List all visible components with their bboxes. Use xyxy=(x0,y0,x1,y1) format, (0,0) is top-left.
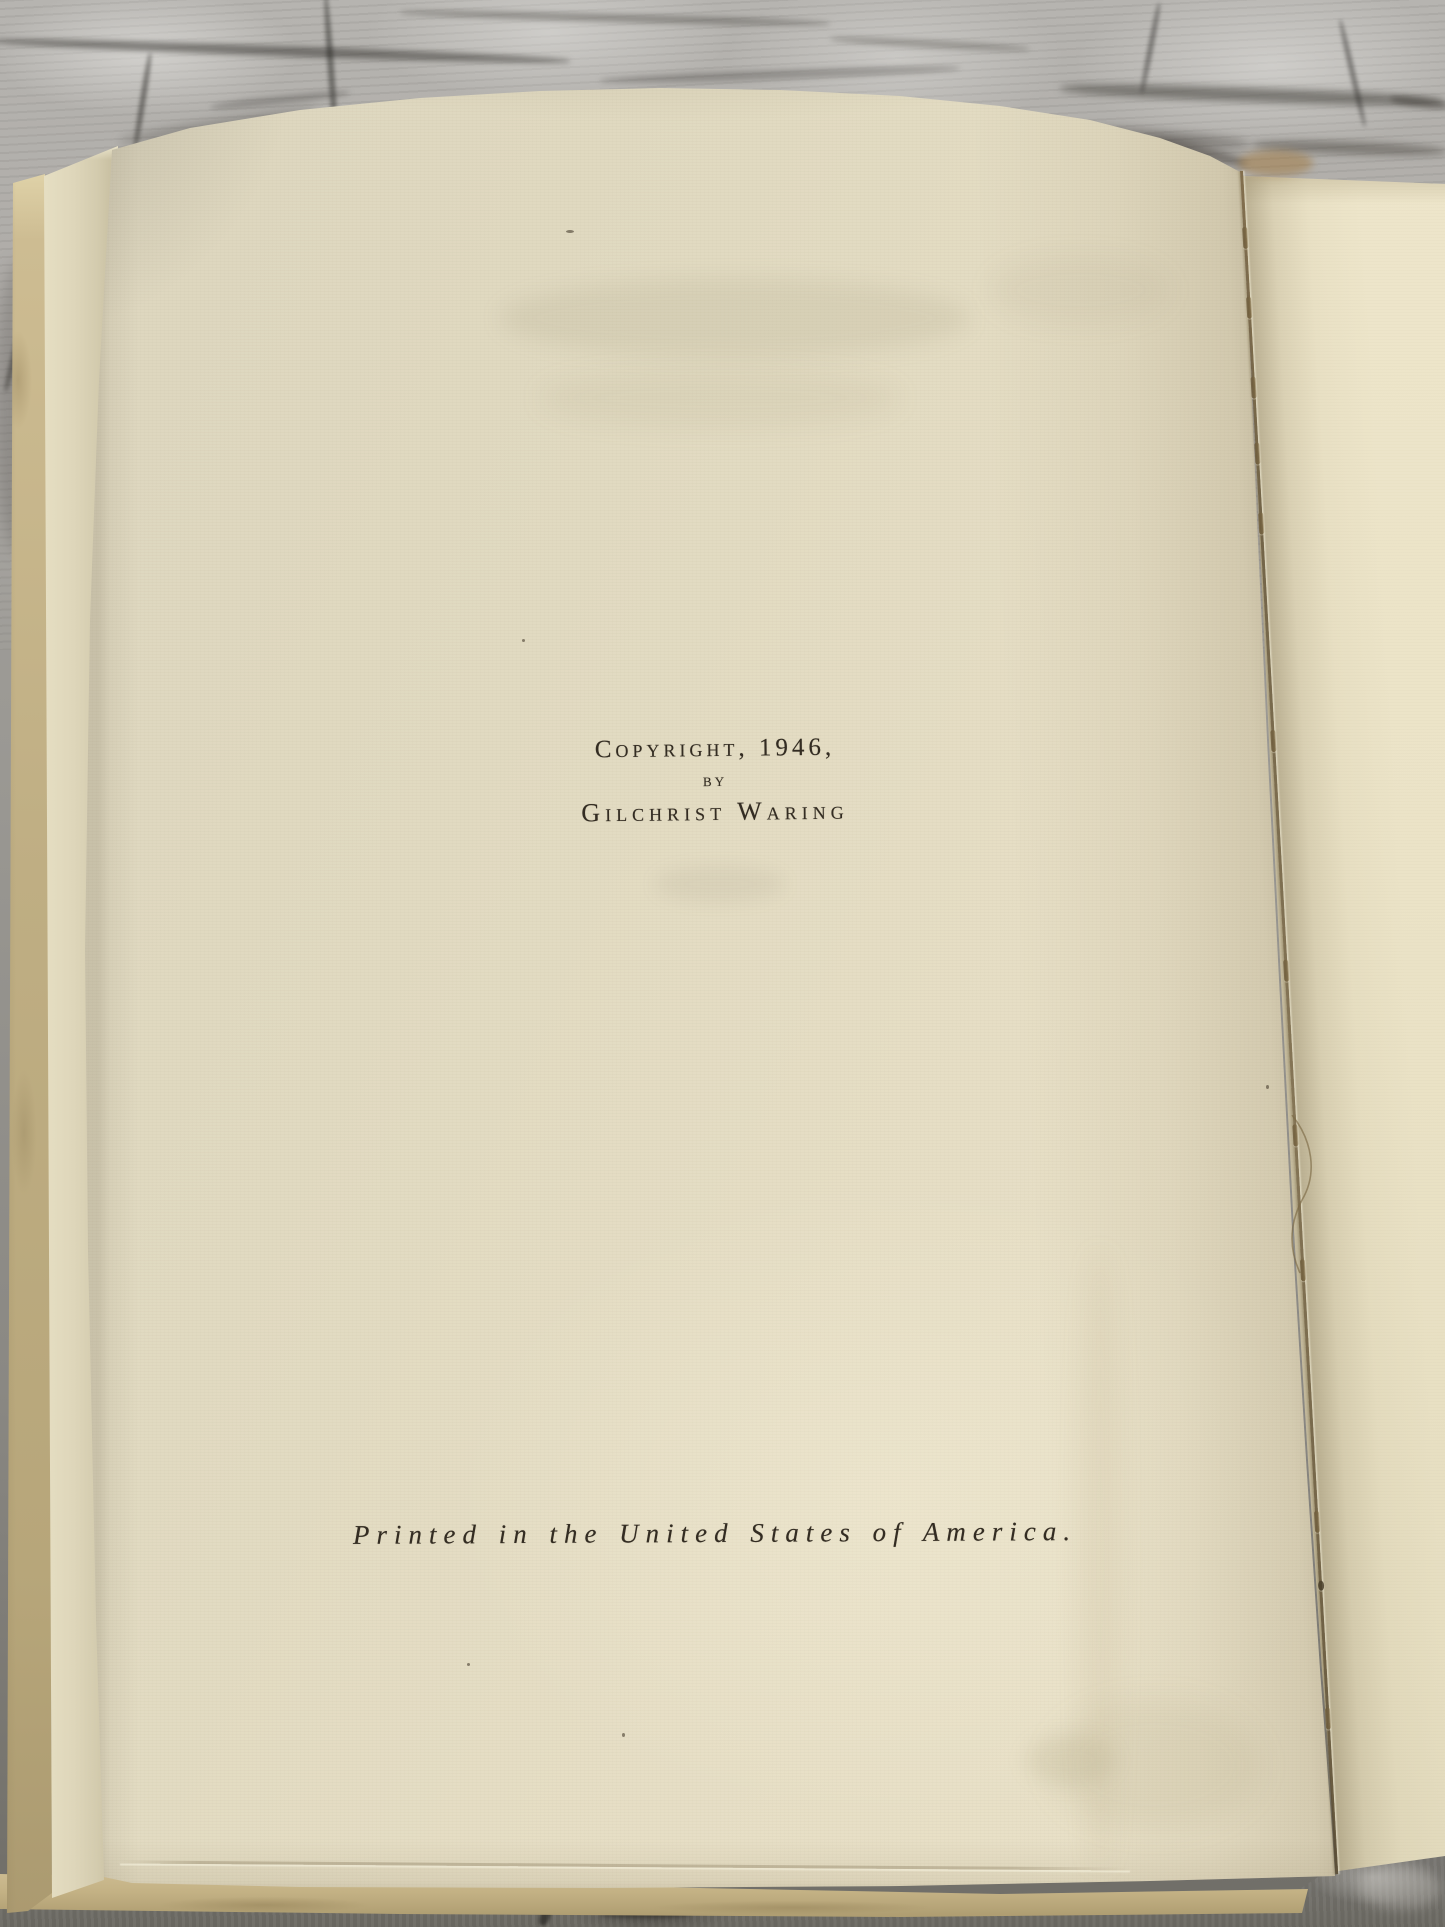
stitch-knot xyxy=(1317,1581,1324,1591)
bleedthrough-ghost xyxy=(540,368,900,428)
bleedthrough-title-ghost xyxy=(990,255,1170,325)
page-speck xyxy=(566,230,574,233)
book-photo-scene: Copyright, 1946, by Gilchrist Waring Pri… xyxy=(0,0,1445,1927)
bleedthrough-title-ghost xyxy=(500,278,970,358)
copyright-line-year-text: Copyright, 1946, xyxy=(595,734,836,765)
copyright-line-holder-text: Gilchrist Waring xyxy=(581,796,849,829)
page-speck xyxy=(522,639,525,642)
page-speck xyxy=(467,1663,470,1666)
printed-in-line-text: Printed in the United States of America. xyxy=(353,1516,1077,1551)
page-speck xyxy=(1266,1085,1269,1089)
page-speck xyxy=(622,1733,625,1737)
loose-thread xyxy=(1286,1115,1330,1275)
gutter-sheen-streak xyxy=(1080,1250,1120,1870)
copyright-line-by-text: by xyxy=(703,770,727,791)
floor-light-patch xyxy=(1360,1868,1440,1908)
gutter-top-stain xyxy=(1238,150,1313,176)
bleedthrough-ghost xyxy=(655,866,785,902)
